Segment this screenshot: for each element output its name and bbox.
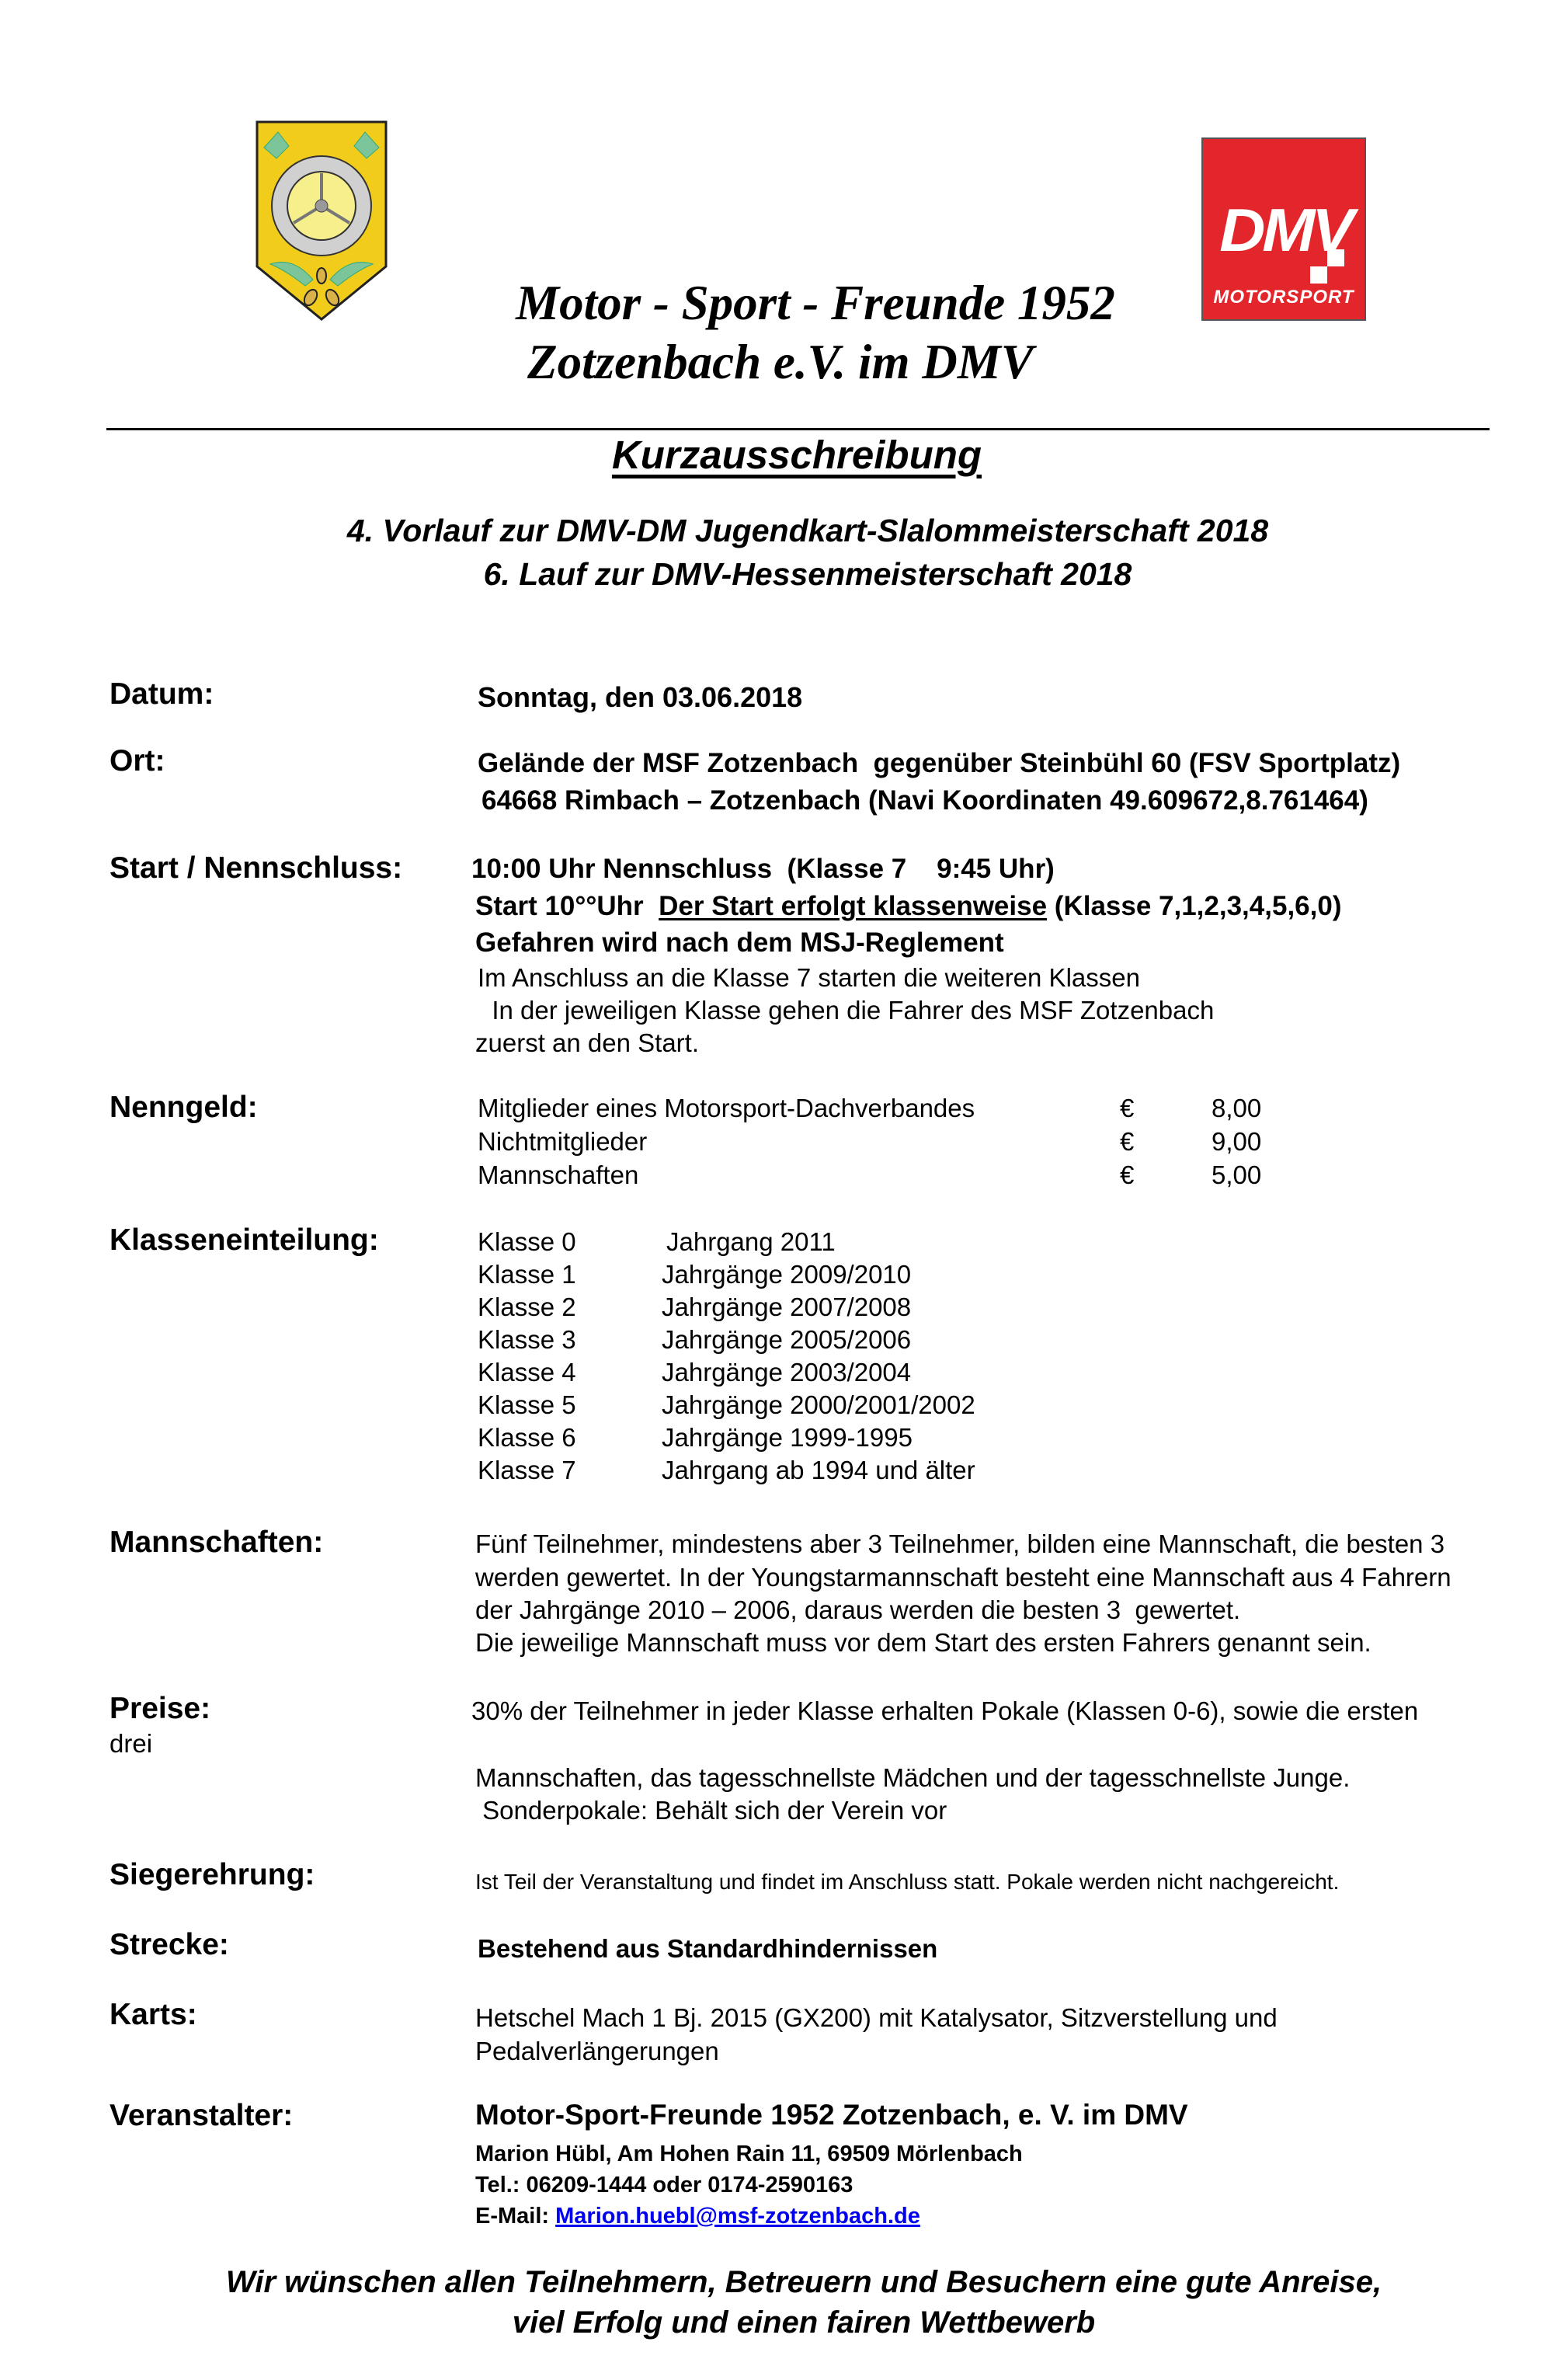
start-line-6: zuerst an den Start. (475, 1027, 699, 1060)
klassen-label: Klasseneinteilung: (110, 1223, 379, 1258)
header-divider (106, 428, 1490, 430)
mannschaften-line-3: der Jahrgänge 2010 – 2006, daraus werden… (475, 1594, 1240, 1627)
start-line-3: Gefahren wird nach dem MSJ-Reglement (475, 927, 1004, 959)
veranstalter-name: Motor-Sport-Freunde 1952 Zotzenbach, e. … (475, 2099, 1188, 2131)
start-line-2: Start 10°°Uhr Der Start erfolgt klassenw… (475, 890, 1341, 923)
checkered-flag-icon (1310, 266, 1327, 284)
euro-currency: € (1120, 1126, 1134, 1158)
document-heading: Kurzausschreibung (0, 432, 1547, 478)
dmv-motorsport-logo: DMV MOTORSPORT (1201, 137, 1366, 321)
email-link[interactable]: Marion.huebl@msf-zotzenbach.de (555, 2204, 920, 2229)
fee-amount: 9,00 (1212, 1126, 1261, 1158)
klasse-name: Klasse 6 (478, 1421, 576, 1454)
fee-amount: 5,00 (1212, 1159, 1261, 1192)
club-title: Motor - Sport - Freunde 1952 Zotzenbach … (466, 273, 1165, 391)
klasse-name: Klasse 2 (478, 1291, 576, 1324)
klasse-jahrgang: Jahrgänge 1999-1995 (662, 1421, 913, 1454)
euro-currency: € (1120, 1159, 1134, 1192)
subtitle-line-2: 6. Lauf zur DMV-Hessenmeisterschaft 2018 (0, 556, 1547, 593)
mannschaften-line-4: Die jeweilige Mannschaft muss vor dem St… (475, 1627, 1371, 1659)
veranstalter-email-line: E-Mail: Marion.huebl@msf-zotzenbach.de (475, 2200, 920, 2232)
preise-drei: drei (110, 1728, 152, 1760)
klasse-name: Klasse 4 (478, 1356, 576, 1389)
siegerehrung-value: Ist Teil der Veranstaltung und findet im… (475, 1866, 1339, 1898)
klasse-name: Klasse 5 (478, 1389, 576, 1421)
ort-line-1: Gelände der MSF Zotzenbach gegenüber Ste… (478, 747, 1400, 780)
mannschaften-line-1: Fünf Teilnehmer, mindestens aber 3 Teiln… (475, 1528, 1444, 1561)
klasse-jahrgang: Jahrgänge 2007/2008 (662, 1291, 911, 1324)
fee-category: Mannschaften (478, 1159, 638, 1192)
klasse-jahrgang: Jahrgänge 2003/2004 (662, 1356, 911, 1389)
preise-line-1: 30% der Teilnehmer in jeder Klasse erhal… (471, 1695, 1418, 1728)
club-title-line-2: Zotzenbach e.V. im DMV (396, 332, 1165, 391)
club-crest-logo (255, 120, 388, 321)
veranstalter-address: Marion Hübl, Am Hohen Rain 11, 69509 Mör… (475, 2138, 1023, 2170)
klasse-name: Klasse 3 (478, 1324, 576, 1356)
preise-line-2: Mannschaften, das tagesschnellste Mädche… (475, 1762, 1350, 1794)
siegerehrung-label: Siegerehrung: (110, 1858, 315, 1892)
veranstalter-label: Veranstalter: (110, 2099, 293, 2133)
karts-line-1: Hetschel Mach 1 Bj. 2015 (GX200) mit Kat… (475, 2002, 1278, 2034)
fee-category: Nichtmitglieder (478, 1126, 647, 1158)
subtitle-line-1: 4. Vorlauf zur DMV-DM Jugendkart-Slalomm… (0, 513, 1547, 549)
mannschaften-label: Mannschaften: (110, 1526, 323, 1560)
karts-label: Karts: (110, 1998, 197, 2032)
veranstalter-phone: Tel.: 06209-1444 oder 0174-2590163 (475, 2169, 853, 2201)
klasse-jahrgang: Jahrgang ab 1994 und älter (662, 1454, 975, 1487)
preise-label: Preise: (110, 1692, 210, 1726)
datum-value: Sonntag, den 03.06.2018 (478, 681, 802, 714)
klasse-jahrgang: Jahrgänge 2009/2010 (662, 1258, 911, 1291)
checkered-flag-icon (1327, 249, 1344, 266)
start-classwise-note: Der Start erfolgt klassenweise (659, 891, 1047, 921)
strecke-value: Bestehend aus Standardhindernissen (478, 1933, 937, 1965)
start-label: Start / Nennschluss: (110, 851, 402, 886)
datum-label: Datum: (110, 677, 214, 712)
klasse-jahrgang: Jahrgänge 2000/2001/2002 (662, 1389, 975, 1421)
ort-label: Ort: (110, 744, 165, 778)
closing-line-1: Wir wünschen allen Teilnehmern, Betreuer… (0, 2262, 1547, 2302)
karts-line-2: Pedalverlängerungen (475, 2035, 719, 2068)
club-title-line-1: Motor - Sport - Freunde 1952 (466, 273, 1165, 332)
klasse-jahrgang: Jahrgang 2011 (666, 1226, 836, 1258)
klasse-name: Klasse 7 (478, 1454, 576, 1487)
start-line-4: Im Anschluss an die Klasse 7 starten die… (478, 962, 1140, 994)
klasse-jahrgang: Jahrgänge 2005/2006 (662, 1324, 911, 1356)
mannschaften-line-2: werden gewertet. In der Youngstarmannsch… (475, 1561, 1451, 1594)
strecke-label: Strecke: (110, 1928, 229, 1962)
klasse-name: Klasse 1 (478, 1258, 576, 1291)
klasse-name: Klasse 0 (478, 1226, 576, 1258)
preise-line-3: Sonderpokale: Behält sich der Verein vor (475, 1794, 947, 1827)
club-crest-icon (255, 120, 388, 321)
start-line-1: 10:00 Uhr Nennschluss (Klasse 7 9:45 Uhr… (471, 853, 1055, 886)
fee-category: Mitglieder eines Motorsport-Dachverbande… (478, 1092, 975, 1125)
ort-line-2: 64668 Rimbach – Zotzenbach (Navi Koordin… (481, 785, 1368, 817)
dmv-logo-subtext: MOTORSPORT (1203, 287, 1364, 308)
closing-line-2: viel Erfolg und einen fairen Wettbewerb (0, 2302, 1547, 2343)
euro-currency: € (1120, 1092, 1134, 1125)
fee-amount: 8,00 (1212, 1092, 1261, 1125)
nenngeld-label: Nenngeld: (110, 1091, 258, 1125)
start-line-5: In der jeweiligen Klasse gehen die Fahre… (478, 994, 1214, 1027)
